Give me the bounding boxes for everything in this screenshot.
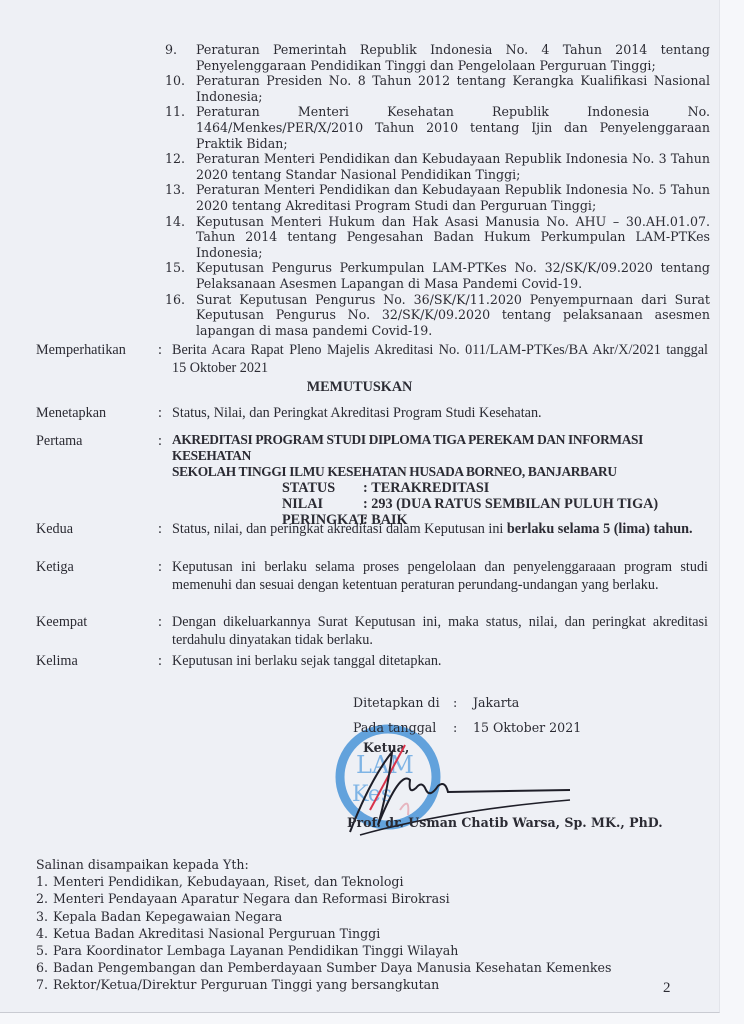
- place-value: Jakarta: [473, 690, 519, 715]
- pertama-section: Pertama : AKREDITASI PROGRAM STUDI DIPLO…: [36, 432, 708, 528]
- section-text: Keputusan ini berlaku selama proses peng…: [172, 558, 708, 594]
- ketiga-section: Ketiga : Keputusan ini berlaku selama pr…: [36, 558, 708, 594]
- copy-recipients: Salinan disampaikan kepada Yth: 1.Menter…: [36, 856, 611, 994]
- section-text: Keputusan ini berlaku sejak tanggal dite…: [172, 652, 708, 670]
- list-item: 13.Peraturan Menteri Pendidikan dan Kebu…: [165, 182, 710, 213]
- date-value: 15 Oktober 2021: [473, 715, 581, 740]
- section-label: Menetapkan: [36, 404, 148, 422]
- signer-name: Prof. dr. Usman Chatib Warsa, Sp. MK., P…: [347, 815, 663, 830]
- list-item: 12.Peraturan Menteri Pendidikan dan Kebu…: [165, 151, 710, 182]
- list-item: 6.Badan Pengembangan dan Pemberdayaan Su…: [36, 959, 611, 976]
- menetapkan-section: Menetapkan : Status, Nilai, dan Peringka…: [36, 404, 708, 422]
- list-item: 10.Peraturan Presiden No. 8 Tahun 2012 t…: [165, 73, 710, 104]
- institution-name: SEKOLAH TINGGI ILMU KESEHATAN HUSADA BOR…: [172, 464, 708, 480]
- document-page: 9.Peraturan Pemerintah Republik Indonesi…: [0, 0, 720, 1013]
- memperhatikan-section: Memperhatikan : Berita Acara Rapat Pleno…: [36, 341, 708, 377]
- section-text: Berita Acara Rapat Pleno Majelis Akredit…: [172, 341, 708, 377]
- kelima-section: Kelima : Keputusan ini berlaku sejak tan…: [36, 652, 708, 670]
- list-item: 15.Keputusan Pengurus Perkumpulan LAM-PT…: [165, 260, 710, 291]
- keempat-section: Keempat : Dengan dikeluarkannya Surat Ke…: [36, 613, 708, 649]
- kedua-section: Kedua : Status, nilai, dan peringkat akr…: [36, 520, 708, 538]
- section-text: Status, Nilai, dan Peringkat Akreditasi …: [172, 404, 708, 422]
- score-value: 293 (DUA RATUS SEMBILAN PULUH TIGA): [371, 496, 658, 512]
- list-item: 3.Kepala Badan Kepegawaian Negara: [36, 908, 611, 925]
- section-label: Memperhatikan: [36, 341, 148, 377]
- list-item: 7.Rektor/Ketua/Direktur Perguruan Tinggi…: [36, 976, 611, 993]
- section-label: Keempat: [36, 613, 148, 649]
- section-label: Kedua: [36, 520, 148, 538]
- decision-heading: MEMUTUSKAN: [0, 379, 719, 396]
- section-label: Pertama: [36, 432, 148, 528]
- list-item: 2.Menteri Pendayaan Aparatur Negara dan …: [36, 890, 611, 907]
- list-item: 9.Peraturan Pemerintah Republik Indonesi…: [165, 42, 710, 73]
- validity-period: berlaku selama 5 (lima) tahun.: [507, 521, 693, 537]
- list-item: 14.Keputusan Menteri Hukum dan Hak Asasi…: [165, 214, 710, 261]
- list-item: 5.Para Koordinator Lembaga Layanan Pendi…: [36, 942, 611, 959]
- section-label: Ketiga: [36, 558, 148, 594]
- list-item: 1.Menteri Pendidikan, Kebudayaan, Riset,…: [36, 873, 611, 890]
- signature-block: Ditetapkan di:Jakarta Pada tanggal:15 Ok…: [353, 690, 581, 740]
- list-item: 11.Peraturan Menteri Kesehatan Republik …: [165, 104, 710, 151]
- copies-title: Salinan disampaikan kepada Yth:: [36, 856, 611, 873]
- section-label: Kelima: [36, 652, 148, 670]
- program-name: AKREDITASI PROGRAM STUDI DIPLOMA TIGA PE…: [172, 432, 708, 464]
- list-item: 16.Surat Keputusan Pengurus No. 36/SK/K/…: [165, 292, 710, 339]
- section-text: Dengan dikeluarkannya Surat Keputusan in…: [172, 613, 708, 649]
- status-value: TERAKREDITASI: [371, 480, 489, 496]
- list-item: 4.Ketua Badan Akreditasi Nasional Pergur…: [36, 925, 611, 942]
- regulation-list: 9.Peraturan Pemerintah Republik Indonesi…: [165, 42, 710, 338]
- page-number: 2: [663, 980, 671, 997]
